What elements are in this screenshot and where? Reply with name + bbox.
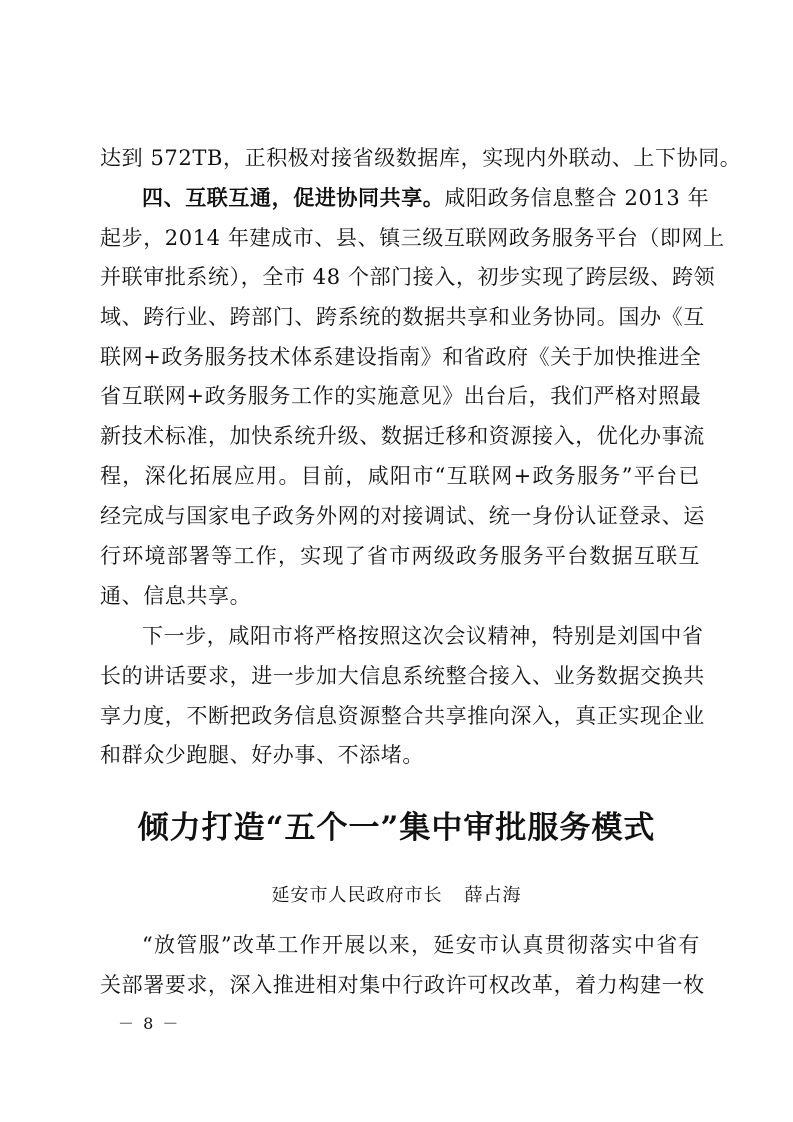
body-text-line: 关部署要求，深入推进相对集中行政许可权改革，着力构建一枚: [100, 973, 700, 997]
body-text-line: 下一步，咸阳市将严格按照这次会议精神，特别是刘国中省: [142, 624, 700, 648]
body-text-line: 起步，2014 年建成市、县、镇三级互联网政务服务平台（即网上: [100, 226, 700, 250]
body-text-line: 和群众少跑腿、好办事、不添堵。: [100, 743, 700, 767]
article-title: 倾力打造“五个一”集中审批服务模式: [0, 808, 793, 848]
byline-name: 薛占海: [465, 885, 522, 906]
byline-role: 延安市人民政府市长: [272, 885, 443, 906]
body-text-line: 程，深化拓展应用。目前，咸阳市“互联网+政务服务”平台已: [100, 464, 700, 488]
body-text-line: “放管服”改革工作开展以来，延安市认真贯彻落实中省有: [142, 933, 700, 957]
body-text-line: 达到 572TB，正积极对接省级数据库，实现内外联动、上下协同。: [100, 146, 700, 170]
section-four-lead-text: 咸阳政务信息整合 2013 年: [444, 186, 709, 210]
body-text-line: 行环境部署等工作，实现了省市两级政务服务平台数据互联互: [100, 544, 700, 568]
body-text-line: 并联审批系统），全市 48 个部门接入，初步实现了跨层级、跨领: [100, 265, 700, 289]
document-page: 达到 572TB，正积极对接省级数据库，实现内外联动、上下协同。 四、互联互通，…: [0, 0, 793, 1122]
section-four-heading: 四、互联互通，促进协同共享。: [142, 186, 444, 210]
article-byline: 延安市人民政府市长薛占海: [0, 884, 793, 908]
body-text-line: 经完成与国家电子政务外网的对接调试、统一身份认证登录、运: [100, 504, 700, 528]
section-four-first-line: 四、互联互通，促进协同共享。咸阳政务信息整合 2013 年: [142, 186, 700, 210]
body-text-line: 省互联网+政务服务工作的实施意见》出台后，我们严格对照最: [100, 384, 700, 408]
body-text-line: 通、信息共享。: [100, 584, 700, 608]
body-text-line: 联网+政务服务技术体系建设指南》和省政府《关于加快推进全: [100, 345, 700, 369]
body-text-line: 享力度，不断把政务信息资源整合共享推向深入，真正实现企业: [100, 704, 700, 728]
body-text-line: 长的讲话要求，进一步加大信息系统整合接入、业务数据交换共: [100, 664, 700, 688]
page-number: － 8 －: [118, 1014, 180, 1034]
body-text-line: 新技术标准，加快系统升级、数据迁移和资源接入，优化办事流: [100, 424, 700, 448]
body-text-line: 域、跨行业、跨部门、跨系统的数据共享和业务协同。国办《互: [100, 305, 700, 329]
